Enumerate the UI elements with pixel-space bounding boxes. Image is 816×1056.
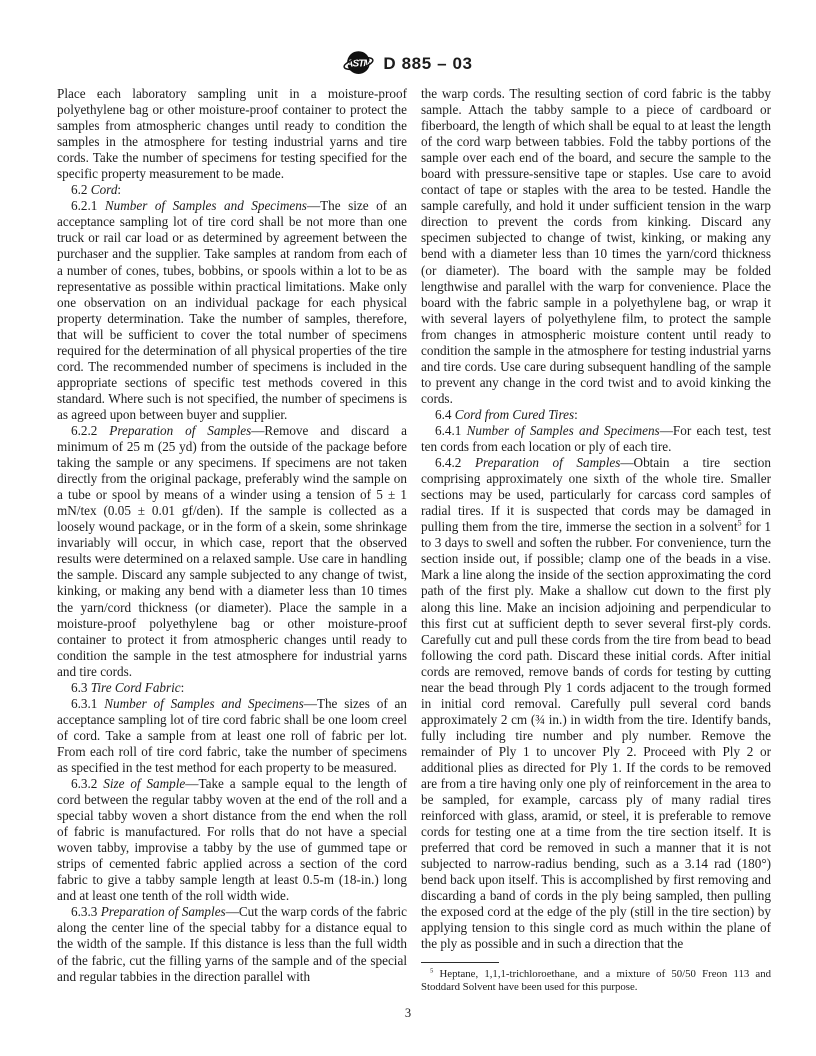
paragraph: 6.3.1 Number of Samples and Specimens—Th… — [57, 696, 407, 776]
astm-logo-icon: ASTM — [343, 48, 374, 79]
footnote-block: 5 Heptane, 1,1,1-trichloroethane, and a … — [421, 962, 771, 995]
page-header: ASTM D 885 – 03 — [0, 48, 816, 79]
paragraph: 6.4.1 Number of Samples and Specimens—Fo… — [421, 423, 771, 455]
paragraph: 6.2.1 Number of Samples and Specimens—Th… — [57, 198, 407, 423]
paragraph: 6.3.3 Preparation of Samples—Cut the war… — [57, 904, 407, 984]
paragraph: Place each laboratory sampling unit in a… — [57, 86, 407, 182]
paragraph: 6.4 Cord from Cured Tires: — [421, 407, 771, 423]
right-column-text: the warp cords. The resulting section of… — [421, 86, 771, 953]
page-number: 3 — [0, 1006, 816, 1021]
footnote-divider — [421, 962, 499, 963]
footnote: 5 Heptane, 1,1,1-trichloroethane, and a … — [421, 968, 771, 995]
paragraph: 6.2 Cord: — [57, 182, 407, 198]
paragraph: 6.3.2 Size of Sample—Take a sample equal… — [57, 776, 407, 904]
paragraph: 6.4.2 Preparation of Samples—Obtain a ti… — [421, 455, 771, 952]
document-page: ASTM D 885 – 03 Place each laboratory sa… — [0, 0, 816, 1056]
document-code: D 885 – 03 — [383, 54, 472, 74]
paragraph: the warp cords. The resulting section of… — [421, 86, 771, 407]
left-column: Place each laboratory sampling unit in a… — [57, 86, 407, 995]
right-column: the warp cords. The resulting section of… — [421, 86, 771, 995]
paragraph: 6.3 Tire Cord Fabric: — [57, 680, 407, 696]
footnote-text: Heptane, 1,1,1-trichloroethane, and a mi… — [421, 968, 771, 994]
two-column-body: Place each laboratory sampling unit in a… — [57, 86, 771, 995]
paragraph: 6.2.2 Preparation of Samples—Remove and … — [57, 423, 407, 680]
